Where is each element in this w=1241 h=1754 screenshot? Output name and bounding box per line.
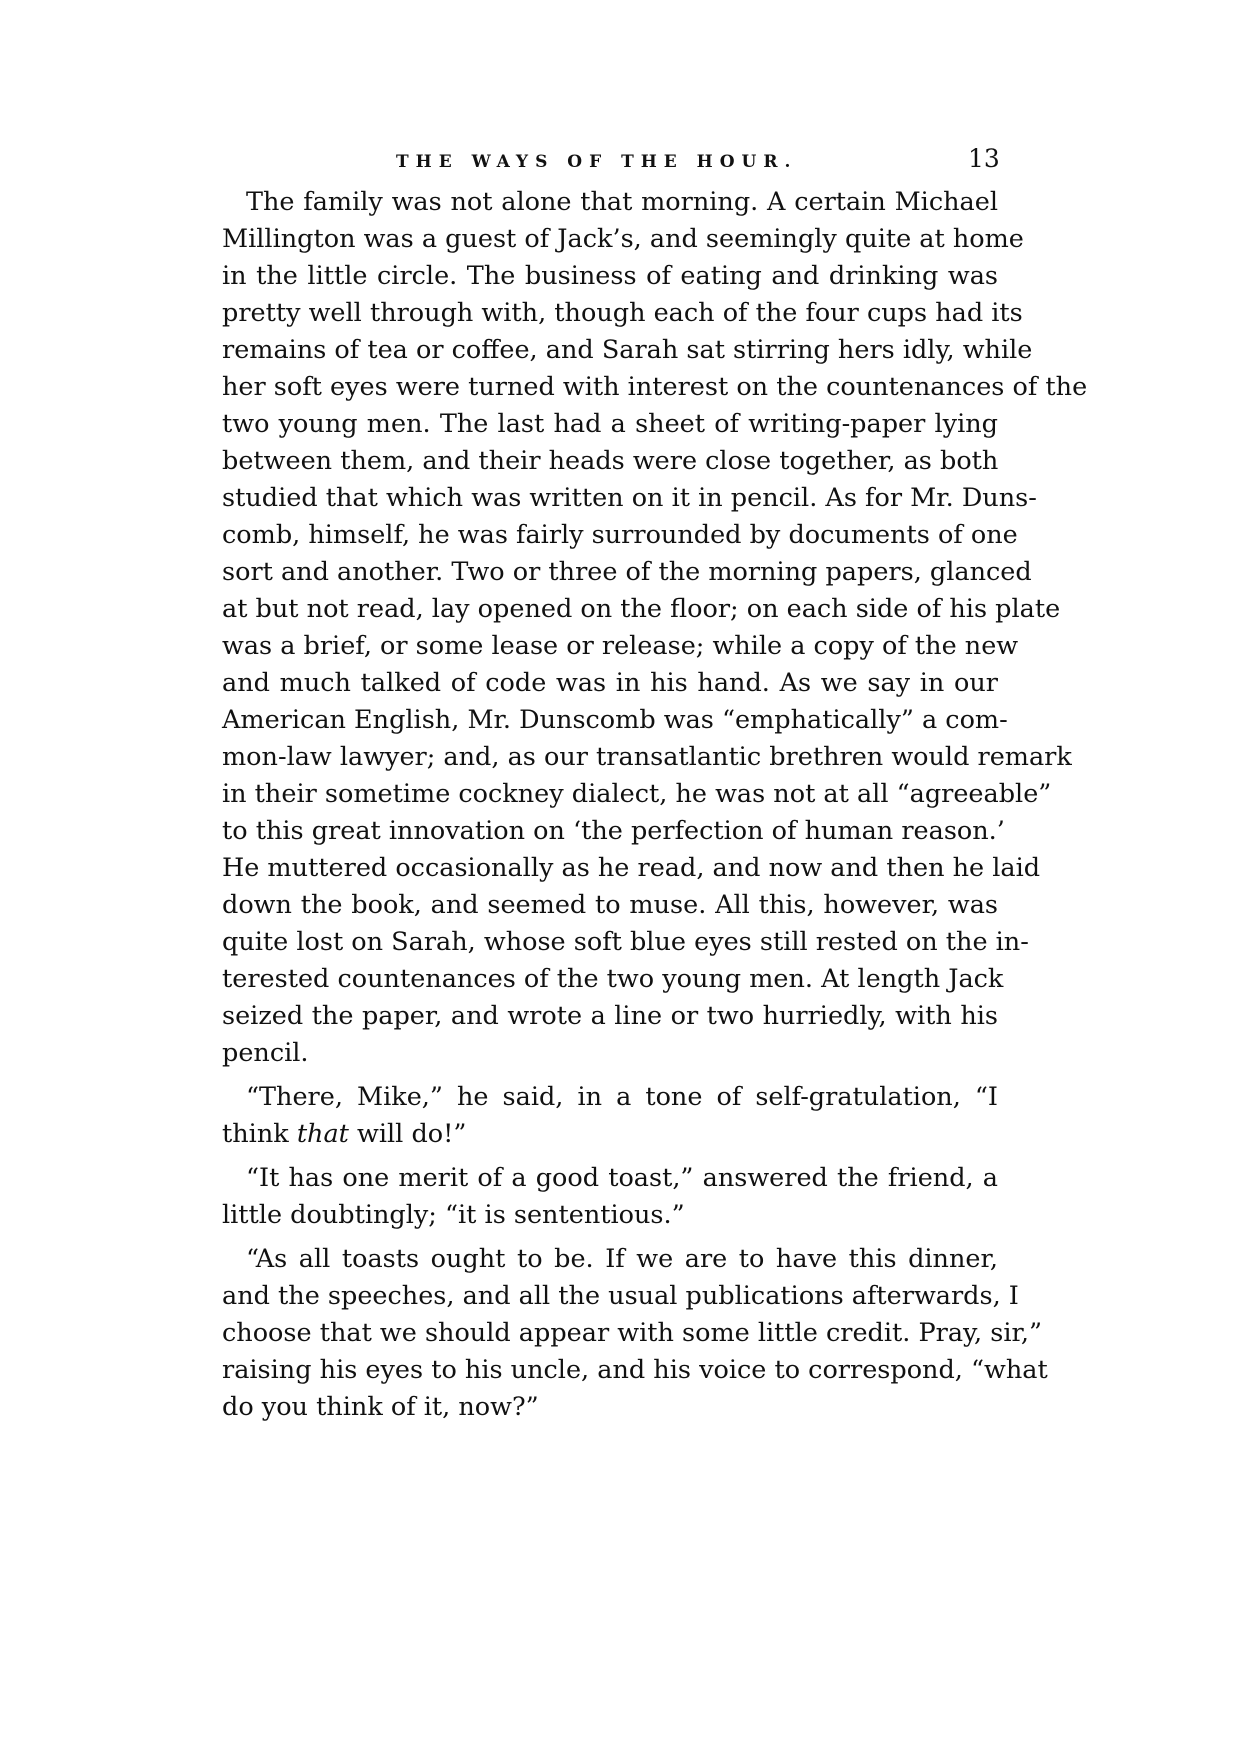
text-line: mon-law lawyer; and, as our transatlanti… (222, 740, 998, 774)
text-line: two young men. The last had a sheet of w… (222, 407, 998, 441)
text-line: pretty well through with, though each of… (222, 296, 998, 330)
text-line: quite lost on Sarah, whose soft blue eye… (222, 925, 998, 959)
text-line: do you think of it, now?” (222, 1390, 998, 1424)
text-line: in their sometime cockney dialect, he wa… (222, 777, 998, 811)
italic-emphasis: that (297, 1119, 349, 1149)
text-line: terested countenances of the two young m… (222, 962, 998, 996)
running-title: THE WAYS OF THE HOUR. (396, 152, 816, 172)
text-line: “It has one merit of a good toast,” answ… (246, 1161, 998, 1195)
text-line: at but not read, lay opened on the floor… (222, 592, 998, 626)
text-line: think that will do!” (222, 1117, 998, 1151)
text-line: comb, himself, he was fairly surrounded … (222, 518, 998, 552)
text-fragment: will do!” (349, 1119, 466, 1149)
text-line: between them, and their heads were close… (222, 444, 998, 478)
text-line: little doubtingly; “it is sententious.” (222, 1198, 998, 1232)
text-line: seized the paper, and wrote a line or tw… (222, 999, 998, 1033)
text-line: pencil. (222, 1036, 998, 1070)
text-line: American English, Mr. Dunscomb was “emph… (222, 703, 998, 737)
text-line: raising his eyes to his uncle, and his v… (222, 1353, 998, 1387)
text-line: and much talked of code was in his hand.… (222, 666, 998, 700)
text-line: her soft eyes were turned with interest … (222, 370, 998, 404)
text-line: was a brief, or some lease or release; w… (222, 629, 998, 663)
text-line: He muttered occasionally as he read, and… (222, 851, 998, 885)
text-line: down the book, and seemed to muse. All t… (222, 888, 998, 922)
text-line: choose that we should appear with some l… (222, 1316, 998, 1350)
text-line: “As all toasts ought to be. If we are to… (246, 1242, 998, 1276)
book-page: THE WAYS OF THE HOUR. 13 The family was … (0, 0, 1241, 1754)
text-line: “There, Mike,” he said, in a tone of sel… (246, 1080, 998, 1114)
text-line: remains of tea or coffee, and Sarah sat … (222, 333, 998, 367)
text-line: The family was not alone that morning. A… (246, 185, 998, 219)
page-number: 13 (968, 144, 1000, 173)
text-line: in the little circle. The business of ea… (222, 259, 998, 293)
text-line: and the speeches, and all the usual publ… (222, 1279, 998, 1313)
text-line: studied that which was written on it in … (222, 481, 998, 515)
text-line: Millington was a guest of Jack’s, and se… (222, 222, 998, 256)
text-fragment: think (222, 1119, 297, 1149)
text-line: sort and another. Two or three of the mo… (222, 555, 998, 589)
text-line: to this great innovation on ‘the perfect… (222, 814, 998, 848)
